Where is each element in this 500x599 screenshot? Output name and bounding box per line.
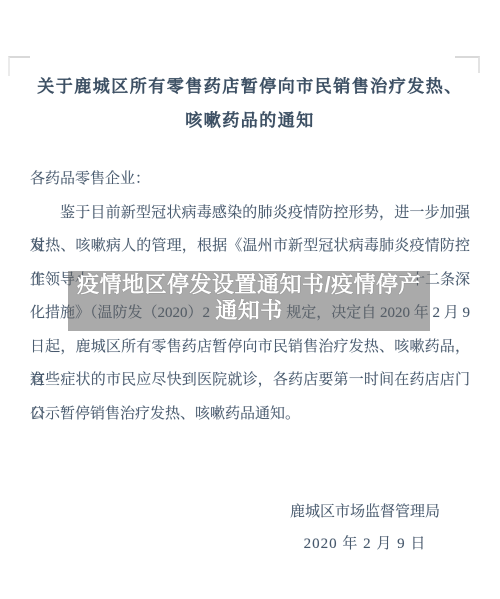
body-line: 鉴于目前新型冠状病毒感染的肺炎疫情防控形势，进一步加强对 [30,197,470,231]
salutation: 各药品零售企业： [30,163,470,197]
notice-title-line1: 关于鹿城区所有零售药店暂停向市民销售治疗发热、 [0,70,500,104]
notice-title: 关于鹿城区所有零售药店暂停向市民销售治疗发热、 咳嗽药品的通知 [0,70,500,137]
body-line: 日起，鹿城区所有零售药店暂停向市民销售治疗发热、咳嗽药品，有 [30,331,470,365]
watermark-caption-text: 疫情地区停发设置通知书/疫情停产通知书 [73,272,425,324]
signature-date: 2020 年 2 月 9 日 [290,532,440,556]
notice-title-line2: 咳嗽药品的通知 [0,104,500,138]
signature-block: 鹿城区市场监督管理局 2020 年 2 月 9 日 [290,500,440,556]
body-line: 这些症状的市民应尽快到医院就诊，各药店要第一时间在药店店门口 [30,364,470,398]
notice-document-page: 关于鹿城区所有零售药店暂停向市民销售治疗发热、 咳嗽药品的通知 各药品零售企业：… [0,0,500,599]
signature-authority: 鹿城区市场监督管理局 [290,500,440,524]
body-line: 公示暂停销售治疗发热、咳嗽药品通知。 [30,398,470,432]
body-line: 发热、咳嗽病人的管理，根据《温州市新型冠状病毒肺炎疫情防控工 [30,230,470,264]
watermark-caption-banner: 疫情地区停发设置通知书/疫情停产通知书 [68,271,430,331]
